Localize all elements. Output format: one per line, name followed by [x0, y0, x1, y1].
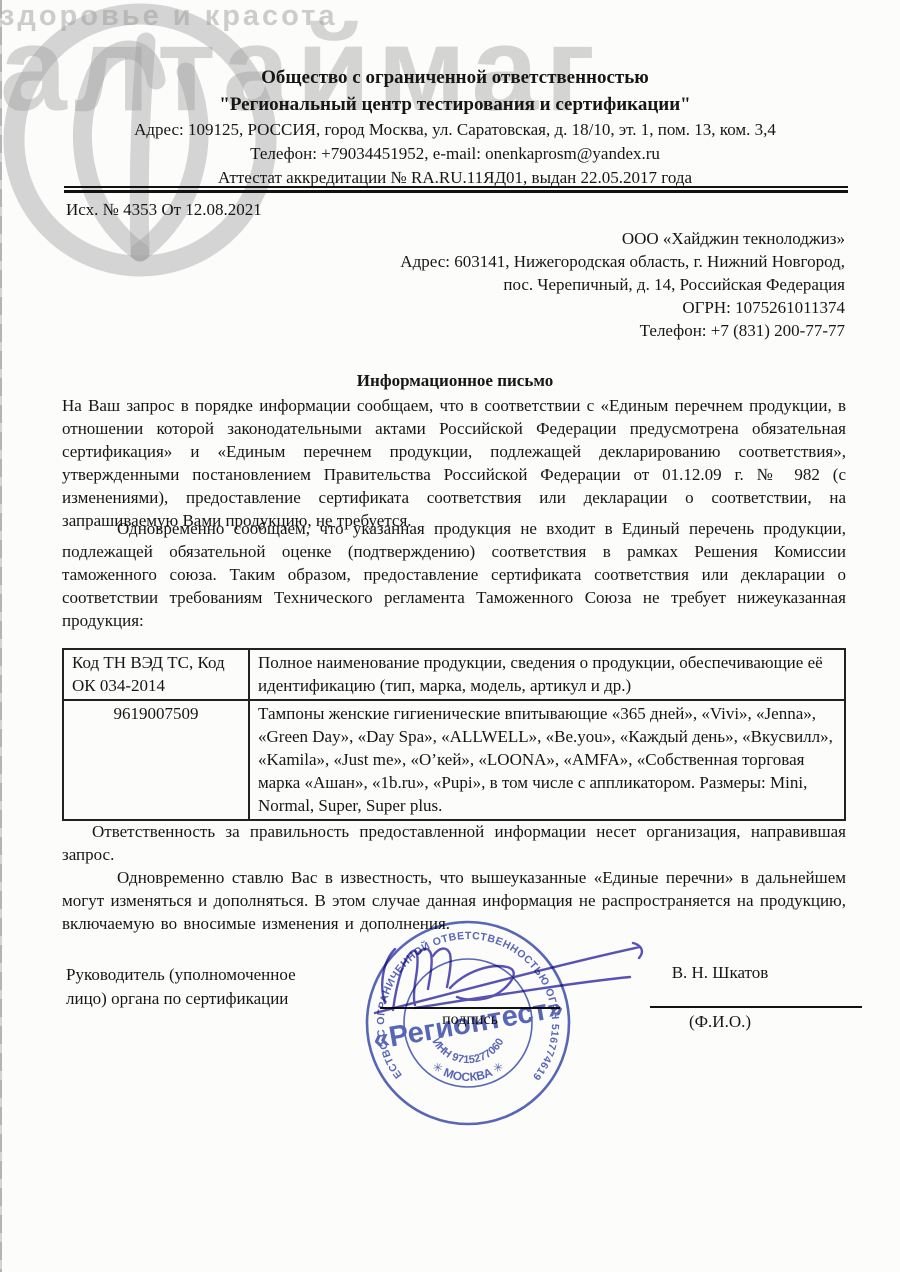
recipient-address-line1: Адрес: 603141, Нижегородская область, г.… — [245, 250, 845, 273]
signatory-role: Руководитель (уполномоченное лицо) орган… — [66, 963, 366, 1011]
letter-title: Информационное письмо — [62, 371, 848, 391]
table-header-description: Полное наименование продукции, сведения … — [249, 649, 845, 700]
header-separator — [64, 186, 848, 193]
document-page: алтаймаг здоровье и красота Общество с о… — [0, 0, 900, 1272]
name-line — [650, 1006, 862, 1008]
paragraph-2: Одновременно сообщаем, что указанная про… — [62, 517, 846, 632]
product-table: Код ТН ВЭД ТС, Код ОК 034-2014 Полное на… — [62, 648, 846, 821]
paragraph-1: На Ваш запрос в порядке информации сообщ… — [62, 394, 846, 532]
recipient-block: ООО «Хайджин текнолоджиз» Адрес: 603141,… — [245, 227, 845, 342]
org-name-line1: Общество с ограниченной ответственностью — [62, 64, 848, 91]
table-header-row: Код ТН ВЭД ТС, Код ОК 034-2014 Полное на… — [63, 649, 845, 700]
product-description-cell: Тампоны женские гигиенические впитывающи… — [249, 700, 845, 820]
recipient-ogrn: ОГРН: 1075261011374 — [245, 296, 845, 319]
org-address: Адрес: 109125, РОССИЯ, город Москва, ул.… — [62, 118, 848, 142]
product-code-cell: 9619007509 — [63, 700, 249, 820]
org-name-line2: "Региональный центр тестирования и серти… — [62, 91, 848, 118]
recipient-phone: Телефон: +7 (831) 200-77-77 — [245, 319, 845, 342]
org-contact: Телефон: +79034451952, e-mail: onenkapro… — [62, 142, 848, 166]
signatory-role-line2: лицо) органа по сертификации — [66, 987, 366, 1011]
paragraph-3: Ответственность за правильность предоста… — [62, 820, 846, 866]
signatory-role-line1: Руководитель (уполномоченное — [66, 963, 366, 987]
table-row: 9619007509 Тампоны женские гигиенические… — [63, 700, 845, 820]
scan-edge-artifact — [0, 0, 2, 1272]
handwritten-signature — [355, 925, 655, 1020]
recipient-address-line2: пос. Черепичный, д. 14, Российская Федер… — [245, 273, 845, 296]
letterhead: Общество с ограниченной ответственностью… — [62, 64, 848, 190]
outgoing-reference: Исх. № 4353 От 12.08.2021 — [66, 200, 262, 220]
table-header-code: Код ТН ВЭД ТС, Код ОК 034-2014 — [63, 649, 249, 700]
recipient-name: ООО «Хайджин текнолоджиз» — [245, 227, 845, 250]
